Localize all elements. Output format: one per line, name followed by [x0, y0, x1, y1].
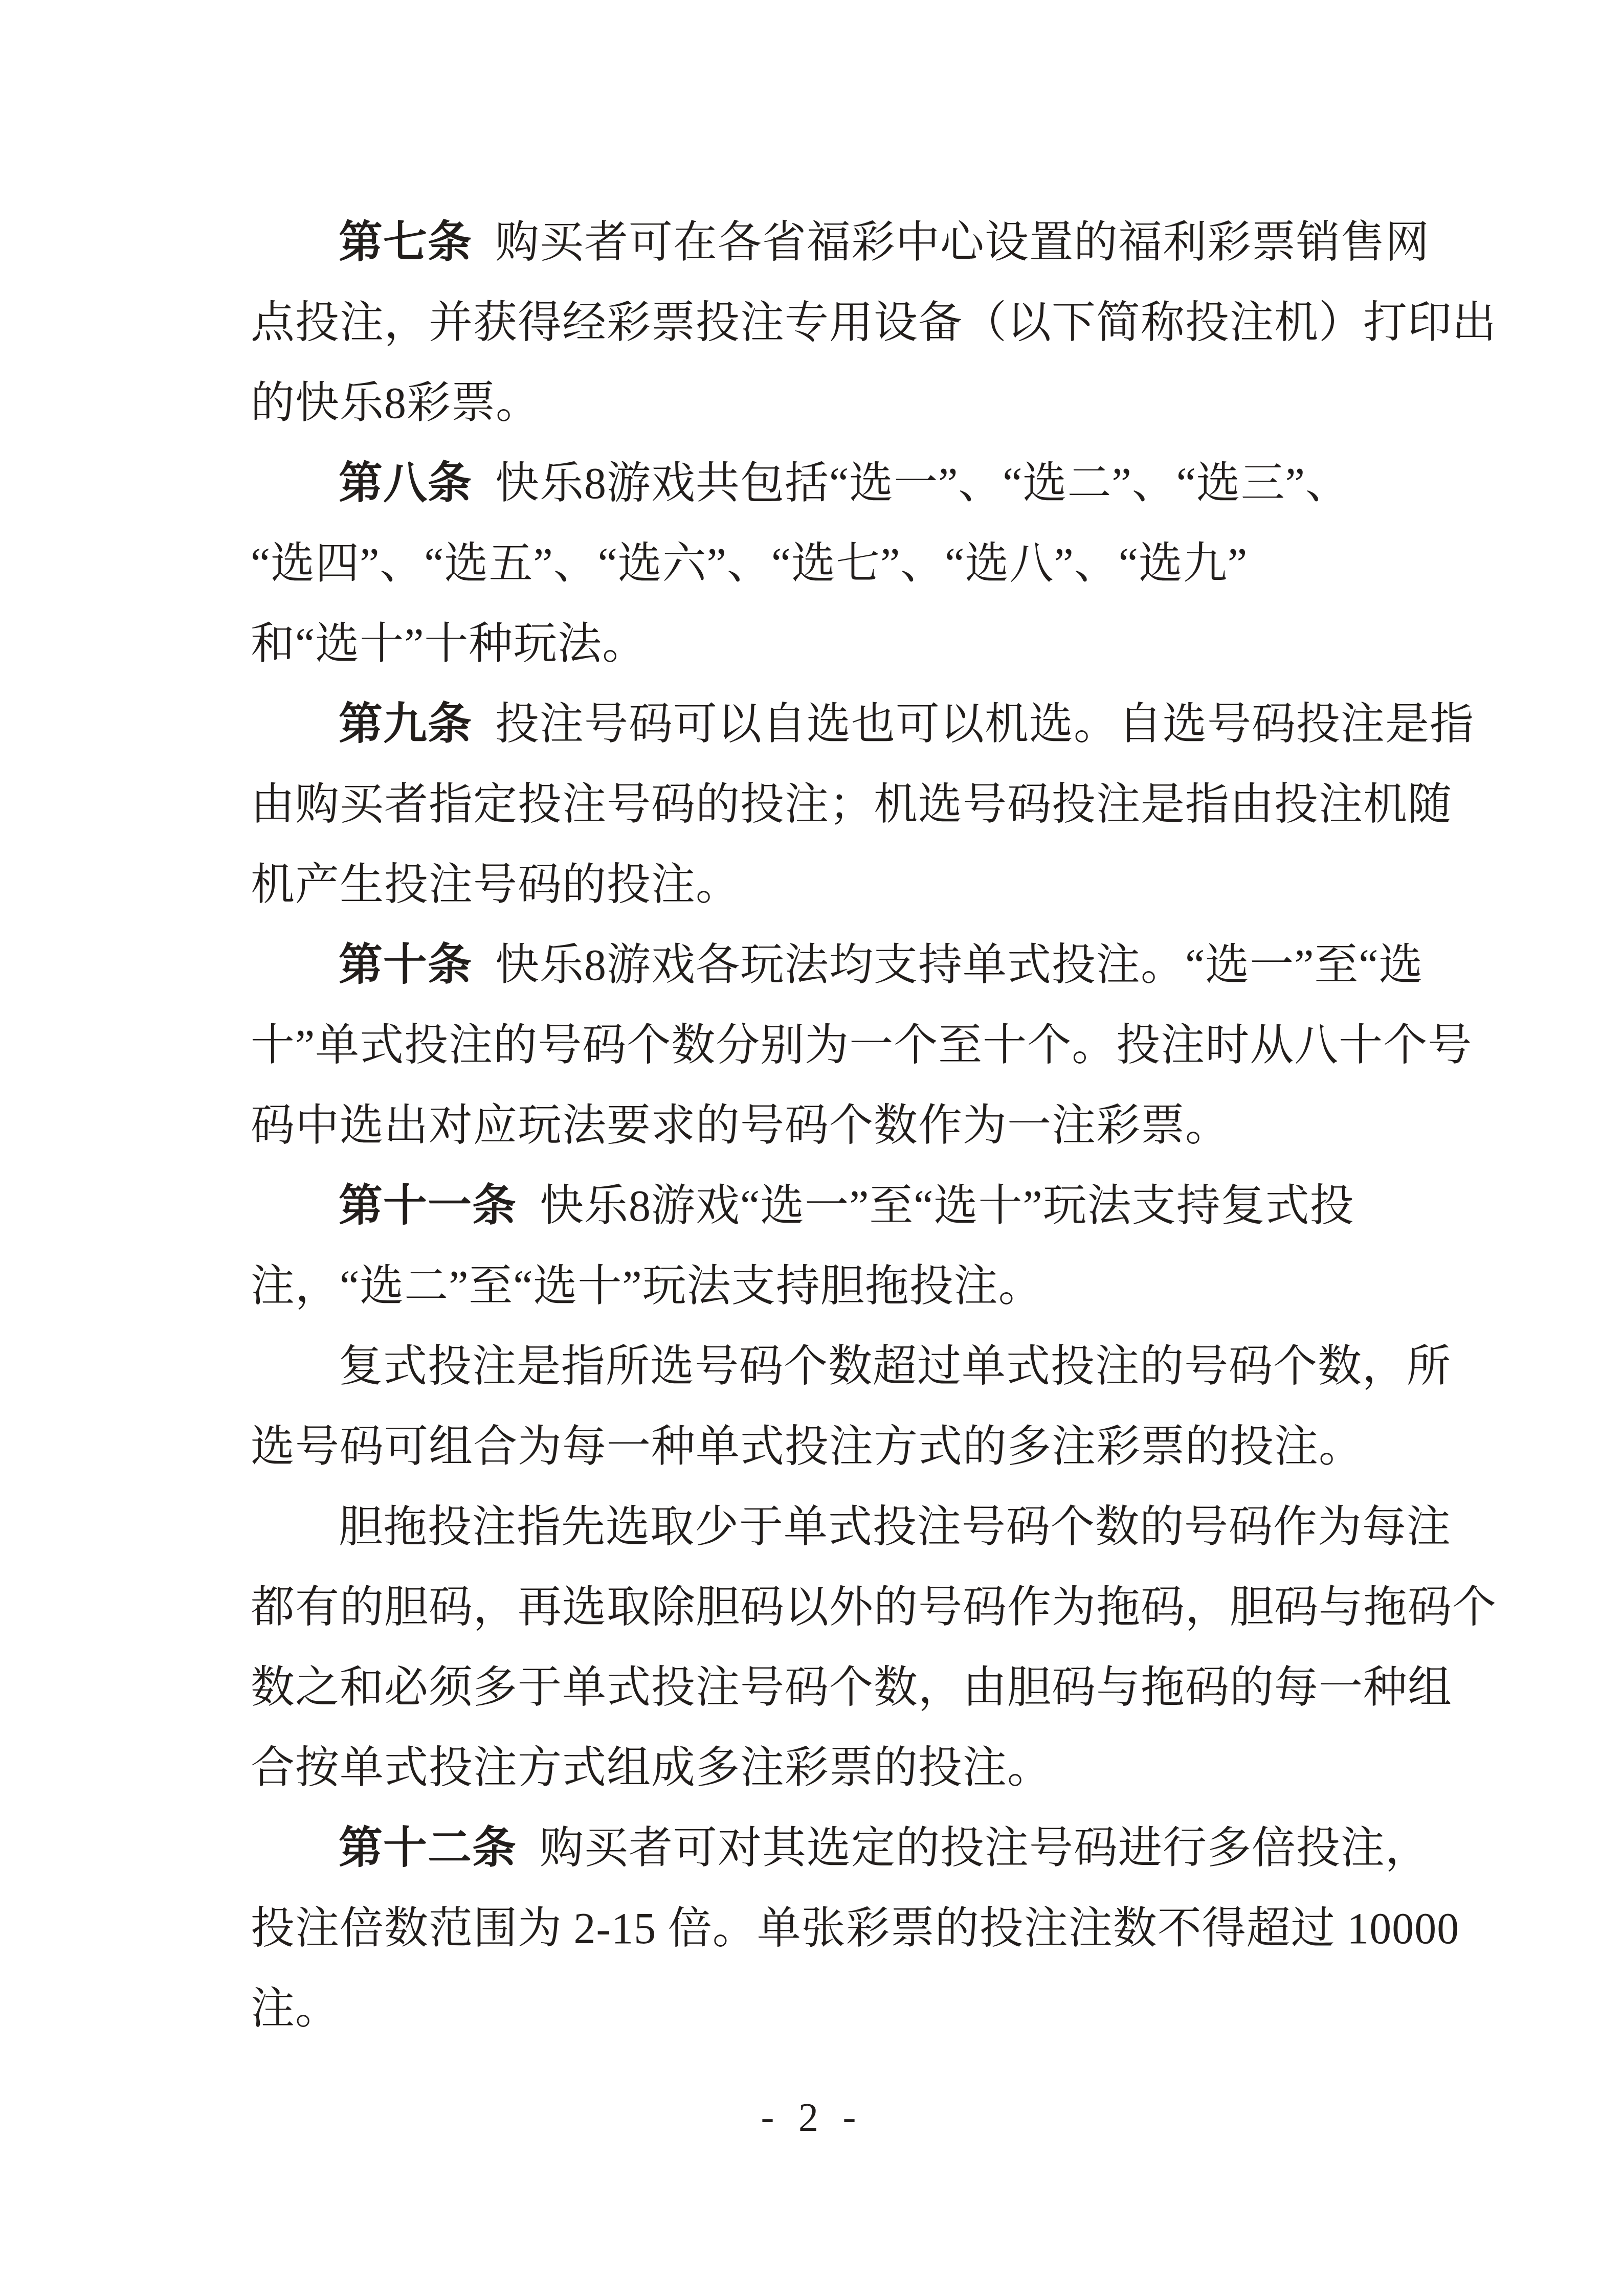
- line-text: 点投注，并获得经彩票投注专用设备（以下简称投注机）打印出: [251, 298, 1497, 347]
- text-line: 投注倍数范围为 2-15 倍。单张彩票的投注注数不得超过 10000: [251, 1888, 1401, 1969]
- text-line: 选号码可组合为每一种单式投注方式的多注彩票的投注。: [251, 1407, 1401, 1487]
- text-line: 和“选十”十种玩法。: [251, 604, 1401, 684]
- article-number: 第十条: [339, 940, 472, 989]
- article-number: 第十二条: [339, 1824, 517, 1873]
- text-line: 复式投注是指所选号码个数超过单式投注的号码个数，所: [251, 1326, 1401, 1407]
- line-text: 快乐8游戏各玩法均支持单式投注。“选一”至“选: [495, 940, 1423, 989]
- text-line: 第八条快乐8游戏共包括“选一”、“选二”、“选三”、: [251, 443, 1401, 524]
- line-text: 由购买者指定投注号码的投注；机选号码投注是指由投注机随: [251, 780, 1452, 829]
- text-line: 第十一条快乐8游戏“选一”至“选十”玩法支持复式投: [251, 1166, 1401, 1246]
- line-text: 胆拖投注指先选取少于单式投注号码个数的号码作为每注: [339, 1502, 1451, 1551]
- line-text: 机产生投注号码的投注。: [251, 860, 740, 909]
- article-number: 第九条: [339, 700, 472, 749]
- text-line: 胆拖投注指先选取少于单式投注号码个数的号码作为每注: [251, 1487, 1401, 1567]
- article-number: 第八条: [339, 459, 472, 508]
- line-text: 的快乐8彩票。: [251, 378, 540, 427]
- text-line: 合按单式投注方式组成多注彩票的投注。: [251, 1728, 1401, 1808]
- text-line: 码中选出对应玩法要求的号码个数作为一注彩票。: [251, 1086, 1401, 1166]
- line-text: 快乐8游戏共包括“选一”、“选二”、“选三”、: [495, 459, 1350, 508]
- line-text: 码中选出对应玩法要求的号码个数作为一注彩票。: [251, 1101, 1230, 1150]
- line-text: 购买者可在各省福彩中心设置的福利彩票销售网: [495, 218, 1430, 267]
- page-footer: - 2 -: [0, 2094, 1624, 2140]
- line-text: 投注倍数范围为 2-15 倍。单张彩票的投注注数不得超过 10000: [251, 1904, 1459, 1953]
- text-line: 都有的胆码，再选取除胆码以外的号码作为拖码，胆码与拖码个: [251, 1567, 1401, 1648]
- line-text: 复式投注是指所选号码个数超过单式投注的号码个数，所: [339, 1342, 1451, 1391]
- text-line: 第七条购买者可在各省福彩中心设置的福利彩票销售网: [251, 202, 1401, 283]
- article-number: 第十一条: [339, 1181, 517, 1230]
- text-line: 第九条投注号码可以自选也可以机选。自选号码投注是指: [251, 684, 1401, 764]
- line-text: 数之和必须多于单式投注号码个数，由胆码与拖码的每一种组: [251, 1663, 1452, 1712]
- page-number: - 2 -: [761, 2095, 863, 2139]
- text-line: 的快乐8彩票。: [251, 363, 1401, 443]
- article-number: 第七条: [339, 218, 472, 267]
- line-text: 和“选十”十种玩法。: [251, 619, 647, 668]
- text-line: 注。: [251, 1969, 1401, 2049]
- text-line: 注，“选二”至“选十”玩法支持胆拖投注。: [251, 1246, 1401, 1326]
- line-text: 注，“选二”至“选十”玩法支持胆拖投注。: [251, 1262, 1043, 1311]
- text-line: 第十条快乐8游戏各玩法均支持单式投注。“选一”至“选: [251, 925, 1401, 1005]
- text-line: 十”单式投注的号码个数分别为一个至十个。投注时从八十个号: [251, 1005, 1401, 1086]
- document-page: 第七条购买者可在各省福彩中心设置的福利彩票销售网点投注，并获得经彩票投注专用设备…: [0, 0, 1624, 2296]
- line-text: 选号码可组合为每一种单式投注方式的多注彩票的投注。: [251, 1422, 1363, 1471]
- line-text: “选四”、“选五”、“选六”、“选七”、“选八”、“选九”: [251, 539, 1248, 588]
- document-body: 第七条购买者可在各省福彩中心设置的福利彩票销售网点投注，并获得经彩票投注专用设备…: [251, 202, 1401, 2049]
- text-line: 第十二条购买者可对其选定的投注号码进行多倍投注，: [251, 1808, 1401, 1888]
- text-line: 由购买者指定投注号码的投注；机选号码投注是指由投注机随: [251, 764, 1401, 845]
- line-text: 都有的胆码，再选取除胆码以外的号码作为拖码，胆码与拖码个: [251, 1583, 1497, 1632]
- line-text: 快乐8游戏“选一”至“选十”玩法支持复式投: [540, 1181, 1354, 1230]
- line-text: 投注号码可以自选也可以机选。自选号码投注是指: [495, 700, 1474, 749]
- line-text: 十”单式投注的号码个数分别为一个至十个。投注时从八十个号: [251, 1021, 1472, 1070]
- text-line: 数之和必须多于单式投注号码个数，由胆码与拖码的每一种组: [251, 1648, 1401, 1728]
- text-line: “选四”、“选五”、“选六”、“选七”、“选八”、“选九”: [251, 524, 1401, 604]
- line-text: 合按单式投注方式组成多注彩票的投注。: [251, 1743, 1052, 1792]
- text-line: 点投注，并获得经彩票投注专用设备（以下简称投注机）打印出: [251, 283, 1401, 363]
- line-text: 注。: [251, 1984, 340, 2033]
- line-text: 购买者可对其选定的投注号码进行多倍投注，: [540, 1824, 1430, 1873]
- text-line: 机产生投注号码的投注。: [251, 845, 1401, 925]
